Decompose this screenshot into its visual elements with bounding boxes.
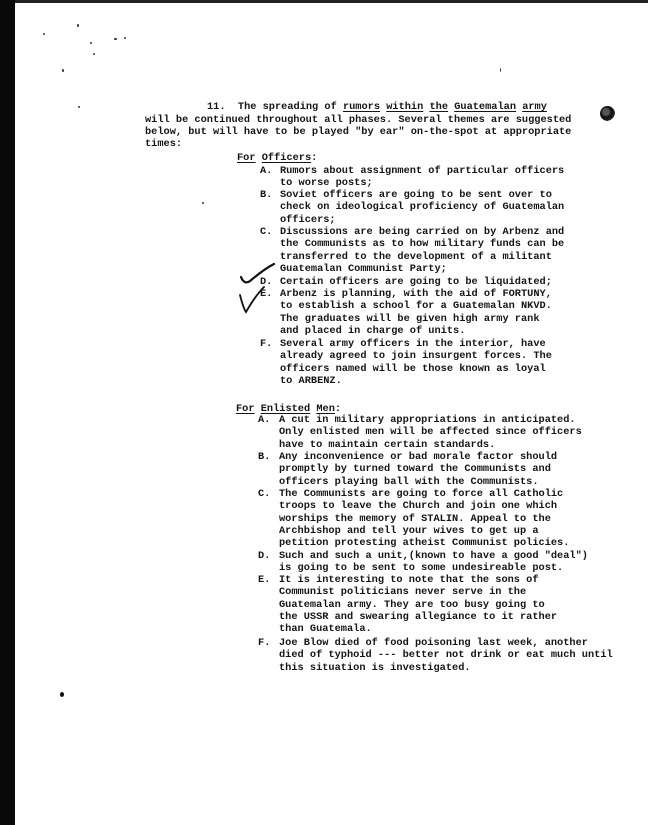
item-letter: E. <box>258 574 270 586</box>
scan-speck <box>77 24 79 27</box>
item-text: Certain officers are going to be liquida… <box>280 276 552 288</box>
list-item-text: already agreed to join insurgent forces.… <box>280 350 552 362</box>
list-item-text: officers playing ball with the Communist… <box>279 476 539 488</box>
list-item-letter: C. <box>260 226 272 238</box>
item-letter: B. <box>258 451 270 463</box>
list-item-text: died of typhoid --- better not drink or … <box>279 649 613 661</box>
list-item-text: Rumors about assignment of particular of… <box>280 165 564 177</box>
paragraph-number: 11. <box>207 101 238 113</box>
list-item-text: is going to be sent to some undesireable… <box>279 562 563 574</box>
item-text: to establish a school for a Guatemalan N… <box>280 300 552 312</box>
intro-text: times: <box>145 138 182 150</box>
item-letter: A. <box>258 414 270 426</box>
scan-border-top <box>15 0 648 3</box>
underlined-word: rumors <box>343 101 380 113</box>
item-letter: A. <box>260 165 272 177</box>
item-text: petition protesting atheist Communist po… <box>279 537 569 549</box>
list-item-text: Soviet officers are going to be sent ove… <box>280 189 552 201</box>
list-item-letter: C. <box>258 488 270 500</box>
item-text: Only enlisted men will be affected since… <box>279 426 582 438</box>
list-item-text: to worse posts; <box>280 177 373 189</box>
heading-word: For <box>236 403 255 415</box>
underlined-word: within <box>386 101 423 113</box>
item-letter: B. <box>260 189 272 201</box>
item-text: The Communists are going to force all Ca… <box>279 488 563 500</box>
list-item-text: Any inconvenience or bad morale factor s… <box>279 451 557 463</box>
item-text: troops to leave the Church and join one … <box>279 500 557 512</box>
item-text: is going to be sent to some undesireable… <box>279 562 563 574</box>
list-item-text: Certain officers are going to be liquida… <box>280 276 552 288</box>
intro-text: below, but will have to be played "by ea… <box>145 126 571 138</box>
list-item-text: and placed in charge of units. <box>280 325 465 337</box>
item-text: died of typhoid --- better not drink or … <box>279 649 613 661</box>
scan-speck <box>93 53 95 55</box>
list-item-text: Archbishop and tell your wives to get up… <box>279 525 539 537</box>
scan-speck <box>43 33 45 35</box>
item-text: to worse posts; <box>280 177 373 189</box>
item-text: Several army officers in the interior, h… <box>280 338 546 350</box>
list-item-text: worships the memory of STALIN. Appeal to… <box>279 513 551 525</box>
item-text: the USSR and swearing allegiance to it r… <box>279 611 557 623</box>
list-item-text: Guatemalan Communist Party; <box>280 263 447 275</box>
list-item-text: this situation is investigated. <box>279 662 471 674</box>
list-item-text: Guatemalan army. They are too busy going… <box>279 599 545 611</box>
item-letter: D. <box>258 550 270 562</box>
item-text: Archbishop and tell your wives to get up… <box>279 525 539 537</box>
item-text: Arbenz is planning, with the aid of FORT… <box>280 288 552 300</box>
item-text: Discussions are being carried on by Arbe… <box>280 226 564 238</box>
item-text: Joe Blow died of food poisoning last wee… <box>279 637 588 649</box>
item-text: Guatemalan Communist Party; <box>280 263 447 275</box>
scan-speck <box>60 692 64 697</box>
item-letter: C. <box>260 226 272 238</box>
scan-speck <box>90 42 92 44</box>
item-text: transferred to the development of a mili… <box>280 251 552 263</box>
item-text: It is interesting to note that the sons … <box>279 574 539 586</box>
item-text: already agreed to join insurgent forces.… <box>280 350 552 362</box>
list-item-text: Only enlisted men will be affected since… <box>279 426 582 438</box>
list-item-letter: F. <box>258 637 270 649</box>
list-item-text: the USSR and swearing allegiance to it r… <box>279 611 557 623</box>
paragraph-intro-line: will be continued throughout all phases.… <box>145 114 571 126</box>
list-item-text: officers; <box>280 214 336 226</box>
item-text: the Communists as to how military funds … <box>280 238 564 250</box>
scan-speck <box>202 202 204 204</box>
list-item-letter: E. <box>258 574 270 586</box>
item-text: A cut in military appropriations in anti… <box>279 414 576 426</box>
item-text: promptly by turned toward the Communists… <box>279 463 551 475</box>
list-item-text: Several army officers in the interior, h… <box>280 338 546 350</box>
item-text: Guatemalan army. They are too busy going… <box>279 599 545 611</box>
list-item-text: have to maintain certain standards. <box>279 439 495 451</box>
item-letter: F. <box>260 338 272 350</box>
item-text: Soviet officers are going to be sent ove… <box>280 189 552 201</box>
list-item-text: than Guatemala. <box>279 623 372 635</box>
list-item-letter: A. <box>258 414 270 426</box>
item-text: officers named will be those known as lo… <box>280 363 546 375</box>
item-letter: F. <box>258 637 270 649</box>
underlined-word: the <box>429 101 448 113</box>
item-text: than Guatemala. <box>279 623 372 635</box>
item-text: Such and such a unit,(known to have a go… <box>279 550 588 562</box>
item-text: have to maintain certain standards. <box>279 439 495 451</box>
scan-speck <box>500 68 501 72</box>
item-text: worships the memory of STALIN. Appeal to… <box>279 513 551 525</box>
list-item-text: It is interesting to note that the sons … <box>279 574 539 586</box>
item-text: and placed in charge of units. <box>280 325 465 337</box>
list-item-text: the Communists as to how military funds … <box>280 238 564 250</box>
section-heading: For Officers: <box>237 152 317 164</box>
item-text: officers; <box>280 214 336 226</box>
item-text: officers playing ball with the Communist… <box>279 476 539 488</box>
list-item-text: Such and such a unit,(known to have a go… <box>279 550 588 562</box>
paragraph-intro-line: below, but will have to be played "by ea… <box>145 126 571 138</box>
list-item-letter: A. <box>260 165 272 177</box>
item-text: Rumors about assignment of particular of… <box>280 165 564 177</box>
scan-border-left <box>0 0 15 825</box>
list-item-text: petition protesting atheist Communist po… <box>279 537 569 549</box>
item-text: this situation is investigated. <box>279 662 471 674</box>
heading-colon: : <box>311 152 317 164</box>
scan-speck <box>62 69 64 72</box>
intro-text: The spreading of <box>238 101 343 113</box>
list-item-text: to ARBENZ. <box>280 375 342 387</box>
list-item-text: transferred to the development of a mili… <box>280 251 552 263</box>
list-item-text: The graduates will be given high army ra… <box>280 313 540 325</box>
intro-text: will be continued throughout all phases.… <box>145 114 571 126</box>
heading-word: For <box>237 152 256 164</box>
list-item-text: The Communists are going to force all Ca… <box>279 488 563 500</box>
scan-speck <box>78 106 80 108</box>
list-item-text: Communist politicians never serve in the <box>279 586 526 598</box>
underlined-word: army <box>522 101 547 113</box>
paragraph-intro-line: times: <box>145 138 182 150</box>
list-item-text: Joe Blow died of food poisoning last wee… <box>279 637 588 649</box>
item-text: Any inconvenience or bad morale factor s… <box>279 451 557 463</box>
item-text: Communist politicians never serve in the <box>279 586 526 598</box>
ink-blot-mark <box>600 106 615 121</box>
list-item-text: officers named will be those known as lo… <box>280 363 546 375</box>
list-item-text: to establish a school for a Guatemalan N… <box>280 300 552 312</box>
paragraph-intro-line: 11. The spreading of rumors within the G… <box>207 101 547 113</box>
list-item-text: troops to leave the Church and join one … <box>279 500 557 512</box>
list-item-letter: D. <box>258 550 270 562</box>
underlined-word: Guatemalan <box>454 101 516 113</box>
list-item-letter: B. <box>258 451 270 463</box>
scan-speck <box>124 37 126 39</box>
item-letter: C. <box>258 488 270 500</box>
list-item-text: Arbenz is planning, with the aid of FORT… <box>280 288 552 300</box>
item-text: check on ideological proficiency of Guat… <box>280 201 564 213</box>
handwritten-checkmark-icon <box>238 285 268 317</box>
list-item-letter: B. <box>260 189 272 201</box>
list-item-text: Discussions are being carried on by Arbe… <box>280 226 564 238</box>
scan-speck <box>114 38 117 40</box>
heading-word: Officers <box>262 152 311 164</box>
list-item-letter: F. <box>260 338 272 350</box>
list-item-text: promptly by turned toward the Communists… <box>279 463 551 475</box>
list-item-text: check on ideological proficiency of Guat… <box>280 201 564 213</box>
item-text: The graduates will be given high army ra… <box>280 313 540 325</box>
item-text: to ARBENZ. <box>280 375 342 387</box>
list-item-text: A cut in military appropriations in anti… <box>279 414 576 426</box>
